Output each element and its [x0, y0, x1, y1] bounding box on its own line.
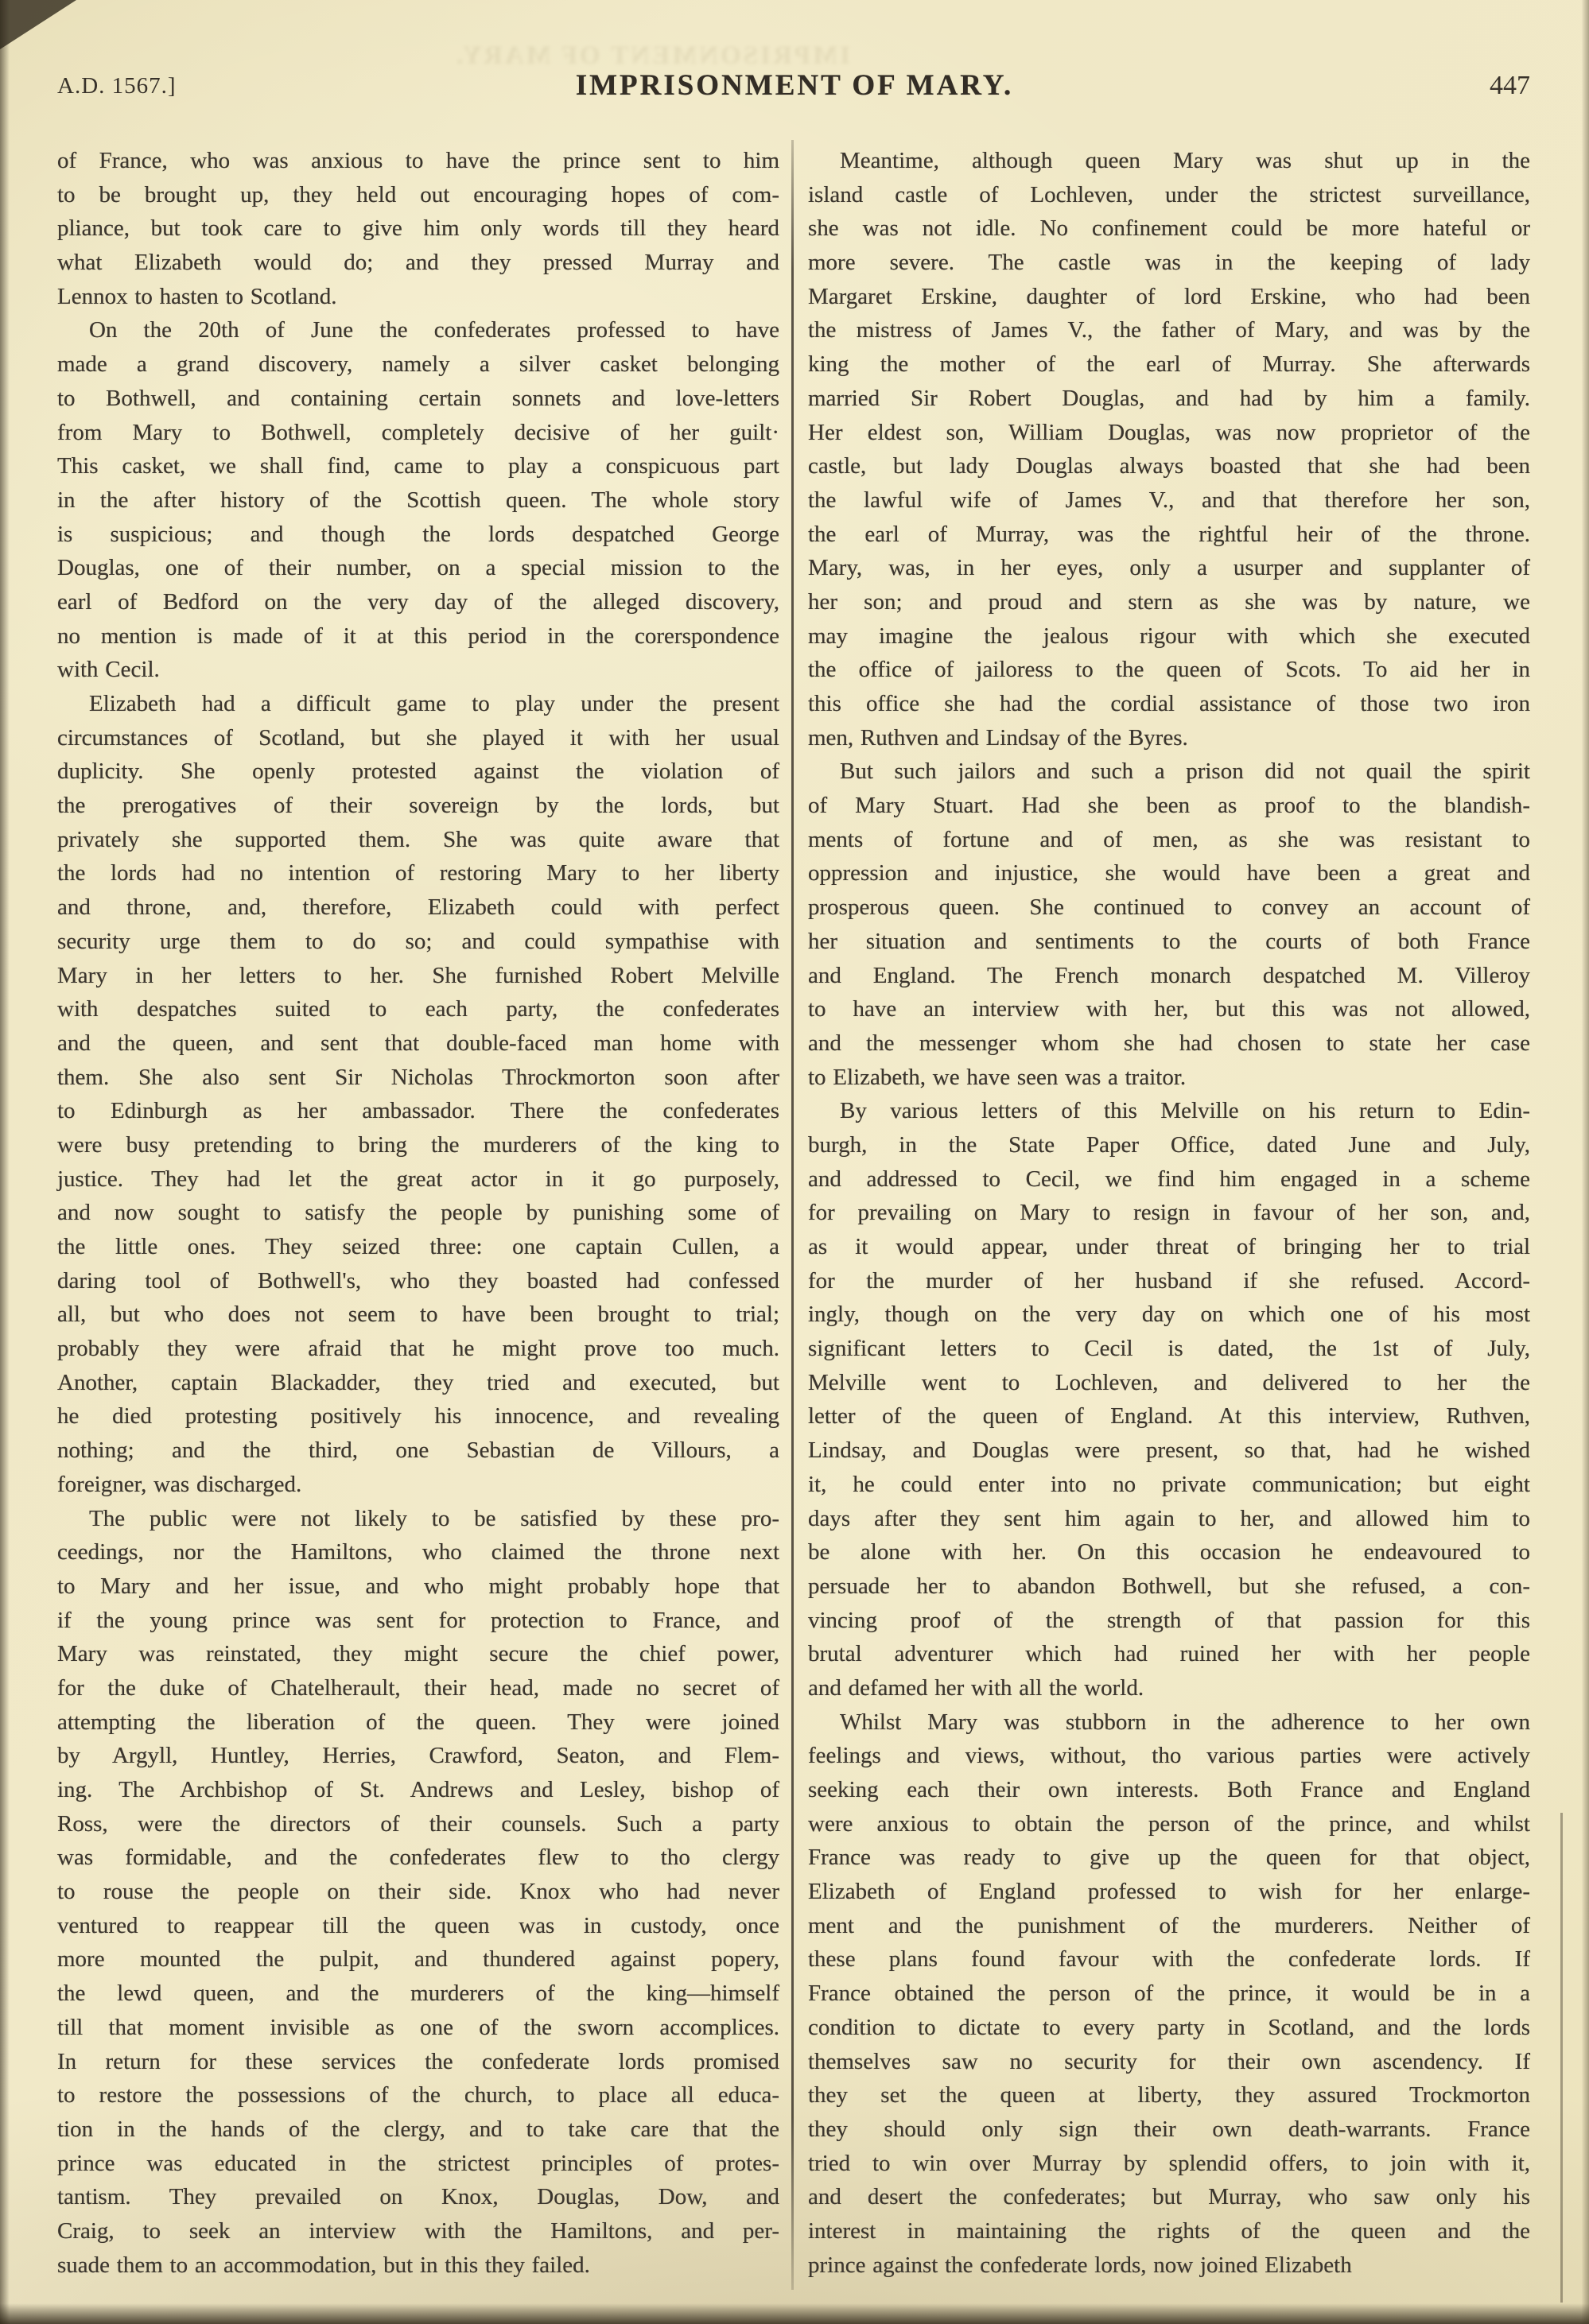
text-line: were anxious to obtain the person of the… — [808, 1807, 1530, 1841]
text-line: were busy pretending to bring the murder… — [57, 1128, 779, 1162]
text-line: the office of jailoress to the queen of … — [808, 653, 1530, 687]
right-margin-rule — [1560, 1813, 1563, 2303]
text-line: was formidable, and the confederates fle… — [57, 1841, 779, 1875]
text-line: condition to dictate to every party in S… — [808, 2011, 1530, 2045]
text-line: and throne, and, therefore, Elizabeth co… — [57, 890, 779, 925]
text-line: the lewd queen, and the murderers of the… — [57, 1977, 779, 2011]
text-line: to be brought up, they held out encourag… — [57, 178, 779, 212]
text-line: Her eldest son, William Douglas, was now… — [808, 416, 1530, 450]
text-line: and now sought to satisfy the people by … — [57, 1196, 779, 1230]
text-line: what Elizabeth would do; and they presse… — [57, 246, 779, 280]
book-page: IMPRISONMENT OF MARY. A.D. 1567.] IMPRIS… — [0, 0, 1589, 2324]
text-line: In return for these services the confede… — [57, 2045, 779, 2079]
text-line: Mary in her letters to her. She furnishe… — [57, 959, 779, 993]
text-line: to Bothwell, and containing certain sonn… — [57, 382, 779, 416]
text-line: more severe. The castle was in the keepi… — [808, 246, 1530, 280]
text-line: ment and the punishment of the murderers… — [808, 1909, 1530, 1943]
text-line: of Mary Stuart. Had she been as proof to… — [808, 789, 1530, 823]
text-line: to Mary and her issue, and who might pro… — [57, 1569, 779, 1604]
text-line: to have an interview with her, but this … — [808, 992, 1530, 1026]
text-line: tried to win over Murray by splendid off… — [808, 2147, 1530, 2181]
text-line: tantism. They prevailed on Knox, Douglas… — [57, 2180, 779, 2214]
text-line: they should only sign their own death-wa… — [808, 2113, 1530, 2147]
text-line: daring tool of Bothwell's, who they boas… — [57, 1264, 779, 1298]
text-line: privately she supported them. She was qu… — [57, 823, 779, 857]
text-line: be alone with her. On this occasion he e… — [808, 1535, 1530, 1569]
text-line: ventured to reappear till the queen was … — [57, 1909, 779, 1943]
text-line: to Elizabeth, we have seen was a traitor… — [808, 1061, 1530, 1095]
text-line: ments of fortune and of men, as she was … — [808, 823, 1530, 857]
text-line: ceedings, nor the Hamiltons, who claimed… — [57, 1535, 779, 1569]
text-line: Melville went to Lochleven, and delivere… — [808, 1366, 1530, 1400]
text-line: justice. They had let the great actor in… — [57, 1162, 779, 1197]
text-line: letter of the queen of England. At this … — [808, 1399, 1530, 1434]
text-line: she was not idle. No confinement could b… — [808, 211, 1530, 246]
text-column-left: of France, who was anxious to have the p… — [57, 144, 779, 2282]
text-line: duplicity. She openly protested against … — [57, 755, 779, 789]
text-line: Ross, were the directors of their counse… — [57, 1807, 779, 1841]
text-line: the mistress of James V., the father of … — [808, 313, 1530, 347]
text-line: these plans found favour with the confed… — [808, 1942, 1530, 1977]
text-line: and England. The French monarch despatch… — [808, 959, 1530, 993]
column-divider-rule — [791, 140, 794, 2290]
text-line: attempting the liberation of the queen. … — [57, 1705, 779, 1740]
text-line: men, Ruthven and Lindsay of the Byres. — [808, 721, 1530, 755]
text-line: this office she had the cordial assistan… — [808, 687, 1530, 721]
text-line: prosperous queen. She continued to conve… — [808, 890, 1530, 925]
text-line: interest in maintaining the rights of th… — [808, 2214, 1530, 2248]
text-line: castle, but lady Douglas always boasted … — [808, 449, 1530, 483]
text-line: Whilst Mary was stubborn in the adherenc… — [808, 1705, 1530, 1740]
text-line: the lawful wife of James V., and that th… — [808, 483, 1530, 518]
text-line: suade them to an accommodation, but in t… — [57, 2248, 779, 2283]
text-line: Lennox to hasten to Scotland. — [57, 280, 779, 314]
text-line: prince was educated in the strictest pri… — [57, 2147, 779, 2181]
text-line: circumstances of Scotland, but she playe… — [57, 721, 779, 755]
text-line: with Cecil. — [57, 653, 779, 687]
text-line: her son; and proud and stern as she was … — [808, 585, 1530, 619]
text-line: if the young prince was sent for protect… — [57, 1604, 779, 1638]
text-line: married Sir Robert Douglas, and had by h… — [808, 382, 1530, 416]
text-line: oppression and injustice, she would have… — [808, 856, 1530, 890]
text-line: the little ones. They seized three: one … — [57, 1230, 779, 1264]
text-line: and addressed to Cecil, we find him enga… — [808, 1162, 1530, 1197]
text-line: persuade her to abandon Bothwell, but sh… — [808, 1569, 1530, 1604]
text-line: seeking each their own interests. Both F… — [808, 1773, 1530, 1807]
text-line: prince against the confederate lords, no… — [808, 2248, 1530, 2283]
text-line: burgh, in the State Paper Office, dated … — [808, 1128, 1530, 1162]
text-line: the prerogatives of their sovereign by t… — [57, 789, 779, 823]
text-line: her situation and sentiments to the cour… — [808, 925, 1530, 959]
text-line: they set the queen at liberty, they assu… — [808, 2078, 1530, 2113]
text-line: France obtained the person of the prince… — [808, 1977, 1530, 2011]
scan-edge-left — [0, 0, 13, 2324]
text-line: for the murder of her husband if she ref… — [808, 1264, 1530, 1298]
running-header: A.D. 1567.] IMPRISONMENT OF MARY. 447 — [0, 67, 1589, 105]
text-line: Elizabeth of England professed to wish f… — [808, 1875, 1530, 1909]
text-line: Another, captain Blackadder, they tried … — [57, 1366, 779, 1400]
text-line: and the queen, and sent that double-face… — [57, 1026, 779, 1061]
text-line: But such jailors and such a prison did n… — [808, 755, 1530, 789]
text-line: foreigner, was discharged. — [57, 1468, 779, 1502]
text-line: significant letters to Cecil is dated, t… — [808, 1332, 1530, 1366]
text-line: feelings and views, without, tho various… — [808, 1739, 1530, 1773]
text-line: with despatches suited to each party, th… — [57, 992, 779, 1026]
text-line: By various letters of this Melville on h… — [808, 1094, 1530, 1128]
text-line: ingly, though on the very day on which o… — [808, 1298, 1530, 1332]
text-line: all, but who does not seem to have been … — [57, 1298, 779, 1332]
text-line: On the 20th of June the confederates pro… — [57, 313, 779, 347]
text-column-right: Meantime, although queen Mary was shut u… — [808, 144, 1530, 2282]
text-line: island castle of Lochleven, under the st… — [808, 178, 1530, 212]
text-line: nothing; and the third, one Sebastian de… — [57, 1434, 779, 1468]
text-line: Craig, to seek an interview with the Ham… — [57, 2214, 779, 2248]
text-line: Douglas, one of their number, on a speci… — [57, 551, 779, 585]
scan-edge-bottom — [0, 2303, 1589, 2324]
text-line: from Mary to Bothwell, completely decisi… — [57, 416, 779, 450]
text-line: Elizabeth had a difficult game to play u… — [57, 687, 779, 721]
text-line: France was ready to give up the queen fo… — [808, 1841, 1530, 1875]
text-line: This casket, we shall find, came to play… — [57, 449, 779, 483]
text-line: it, he could enter into no private commu… — [808, 1468, 1530, 1502]
text-line: brutal adventurer which had ruined her w… — [808, 1637, 1530, 1671]
text-line: security urge them to do so; and could s… — [57, 925, 779, 959]
text-line: to Edinburgh as her ambassador. There th… — [57, 1094, 779, 1128]
text-line: in the after history of the Scottish que… — [57, 483, 779, 518]
text-line: Lindsay, and Douglas were present, so th… — [808, 1434, 1530, 1468]
text-line: themselves saw no security for their own… — [808, 2045, 1530, 2079]
text-line: Mary was reinstated, they might secure t… — [57, 1637, 779, 1671]
text-line: days after they sent him again to her, a… — [808, 1502, 1530, 1536]
text-line: pliance, but took care to give him only … — [57, 211, 779, 246]
text-line: and the messenger whom she had chosen to… — [808, 1026, 1530, 1061]
text-line: the lords had no intention of restoring … — [57, 856, 779, 890]
text-line: of France, who was anxious to have the p… — [57, 144, 779, 178]
text-line: by Argyll, Huntley, Herries, Crawford, S… — [57, 1739, 779, 1773]
text-line: vincing proof of the strength of that pa… — [808, 1604, 1530, 1638]
text-line: made a grand discovery, namely a silver … — [57, 347, 779, 382]
text-line: ing. The Archbishop of St. Andrews and L… — [57, 1773, 779, 1807]
text-line: no mention is made of it at this period … — [57, 619, 779, 654]
text-line: Mary, was, in her eyes, only a usurper a… — [808, 551, 1530, 585]
text-line: tion in the hands of the clergy, and to … — [57, 2113, 779, 2147]
text-line: till that moment invisible as one of the… — [57, 2011, 779, 2045]
text-line: the earl of Murray, was the rightful hei… — [808, 518, 1530, 552]
text-line: he died protesting positively his innoce… — [57, 1399, 779, 1434]
text-line: for prevailing on Mary to resign in favo… — [808, 1196, 1530, 1230]
text-line: probably they were afraid that he might … — [57, 1332, 779, 1366]
text-line: to restore the possessions of the church… — [57, 2078, 779, 2113]
text-line: Margaret Erskine, daughter of lord Erski… — [808, 280, 1530, 314]
page-title: IMPRISONMENT OF MARY. — [0, 67, 1589, 105]
text-line: them. She also sent Sir Nicholas Throckm… — [57, 1061, 779, 1095]
text-line: is suspicious; and though the lords desp… — [57, 518, 779, 552]
text-line: The public were not likely to be satisfi… — [57, 1502, 779, 1536]
text-line: and desert the confederates; but Murray,… — [808, 2180, 1530, 2214]
text-line: as it would appear, under threat of brin… — [808, 1230, 1530, 1264]
text-line: earl of Bedford on the very day of the a… — [57, 585, 779, 619]
text-line: king the mother of the earl of Murray. S… — [808, 347, 1530, 382]
text-line: and defamed her with all the world. — [808, 1671, 1530, 1705]
text-line: more mounted the pulpit, and thundered a… — [57, 1942, 779, 1977]
text-line: for the duke of Chatelherault, their hea… — [57, 1671, 779, 1705]
text-line: may imagine the jealous rigour with whic… — [808, 619, 1530, 654]
page-number: 447 — [1490, 67, 1530, 105]
text-line: Meantime, although queen Mary was shut u… — [808, 144, 1530, 178]
scan-edge-right — [1579, 0, 1589, 2324]
text-line: to rouse the people on their side. Knox … — [57, 1875, 779, 1909]
